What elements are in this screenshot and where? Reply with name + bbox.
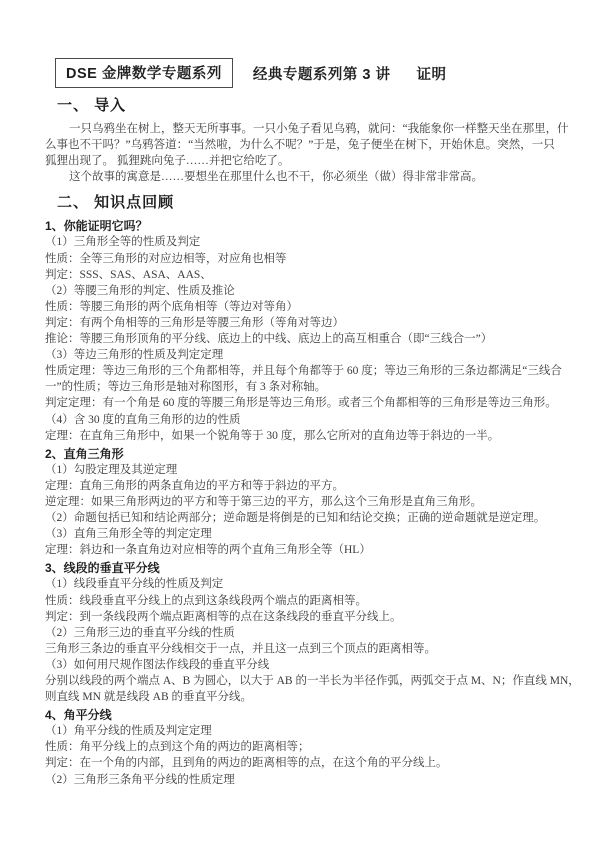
text-line: 定理：斜边和一条直角边对应相等的两个直角三角形全等（HL） (45, 542, 565, 558)
text-line: （2）三角形三条角平分线的性质定理 (45, 772, 565, 788)
text-line: （1）角平分线的性质及判定定理 (45, 723, 565, 739)
text-line: 一只乌鸦坐在树上，整天无所事事。一只小兔子看见乌鸦，就问：“我能象你一样整天坐在… (45, 121, 565, 137)
lecture-name: 经典专题系列第 3 讲 (253, 67, 391, 83)
series-title-box: DSE 金牌数学专题系列 (55, 58, 233, 88)
text-line: 定理：在直角三角形中，如果一个锐角等于 30 度，那么它所对的直角边等于斜边的一… (45, 428, 565, 444)
document-lines: 一、 导入一只乌鸦坐在树上，整天无所事事。一只小兔子看见乌鸦，就问：“我能象你一… (45, 96, 565, 788)
document-header: DSE 金牌数学专题系列 经典专题系列第 3 讲证明 (55, 58, 565, 88)
text-line: （1）勾股定理及其逆定理 (45, 462, 565, 478)
text-line: 判定：SSS、SAS、ASA、AAS、 (45, 267, 565, 283)
text-line: （4）含 30 度的直角三角形的边的性质 (45, 412, 565, 428)
lecture-topic: 证明 (416, 67, 446, 83)
subsection-heading: 3、线段的垂直平分线 (45, 560, 565, 576)
text-line: （3）如何用尺规作图法作线段的垂直平分线 (45, 657, 565, 673)
subsection-heading: 4、角平分线 (45, 707, 565, 723)
text-line: 分别以线段的两个端点 A、B 为圆心，以大于 AB 的一半长为半径作弧，两弧交于… (45, 673, 565, 689)
text-line: 判定：有两个角相等的三角形是等腰三角形（等角对等边） (45, 315, 565, 331)
text-line: （2）等腰三角形的判定、性质及推论 (45, 283, 565, 299)
text-line: 判定定理：有一个角是 60 度的等腰三角形是等边三角形。或者三个角都相等的三角形… (45, 395, 565, 411)
document-content: DSE 金牌数学专题系列 经典专题系列第 3 讲证明 一、 导入一只乌鸦坐在树上… (45, 58, 565, 788)
text-line: 则直线 MN 就是线段 AB 的垂直平分线。 (45, 689, 565, 705)
text-line: 判定：在一个角的内部，且到角的两边的距离相等的点，在这个角的平分线上。 (45, 755, 565, 771)
text-line: （2）三角形三边的垂直平分线的性质 (45, 625, 565, 641)
text-line: 性质：角平分线上的点到这个角的两边的距离相等； (45, 739, 565, 755)
text-line: 性质：等腰三角形的两个底角相等（等边对等角） (45, 299, 565, 315)
text-line: （1）线段垂直平分线的性质及判定 (45, 576, 565, 592)
text-line: 判定：到一条线段两个端点距离相等的点在这条线段的垂直平分线上。 (45, 609, 565, 625)
text-line: 定理：直角三角形的两条直角边的平方和等于斜边的平方。 (45, 478, 565, 494)
text-line: 逆定理：如果三角形两边的平方和等于第三边的平方，那么这个三角形是直角三角形。 (45, 494, 565, 510)
text-line: （1）三角形全等的性质及判定 (45, 234, 565, 250)
text-line: （3）等边三角形的性质及判定定理 (45, 347, 565, 363)
subsection-heading: 2、直角三角形 (45, 446, 565, 462)
text-line: 么事也不干吗？”乌鸦答道：“当然啦，为什么不呢？”于是，兔子便坐在树下，开始休息… (45, 137, 565, 153)
text-line: 性质：全等三角形的对应边相等，对应角也相等 (45, 251, 565, 267)
document-page: DSE 金牌数学专题系列 经典专题系列第 3 讲证明 一、 导入一只乌鸦坐在树上… (0, 0, 600, 850)
text-line: 这个故事的寓意是……要想坐在那里什么也不干，你必须坐（做）得非常非常高。 (45, 169, 565, 185)
text-line: （3）直角三角形全等的判定定理 (45, 526, 565, 542)
text-line: （2）命题包括已知和结论两部分；逆命题是将倒是的已知和结论交换；正确的逆命题就是… (45, 510, 565, 526)
text-line: 推论：等腰三角形顶角的平分线、底边上的中线、底边上的高互相重合（即“三线合一”） (45, 331, 565, 347)
text-line: 一”的性质；等边三角形是轴对称图形，有 3 条对称轴。 (45, 379, 565, 395)
text-line: 狐狸出现了。 狐狸跳向兔子……并把它给吃了。 (45, 153, 565, 169)
subsection-heading: 1、你能证明它吗？ (45, 218, 565, 234)
section-heading: 二、 知识点回顾 (57, 193, 565, 212)
lecture-title: 经典专题系列第 3 讲证明 (253, 63, 447, 84)
text-line: 性质定理：等边三角形的三个角都相等，并且每个角都等于 60 度；等边三角形的三条… (45, 363, 565, 379)
section-heading: 一、 导入 (57, 96, 565, 115)
text-line: 三角形三条边的垂直平分线相交于一点，并且这一点到三个顶点的距离相等。 (45, 641, 565, 657)
series-title: DSE 金牌数学专题系列 (66, 66, 222, 82)
text-line: 性质：线段垂直平分线上的点到这条线段两个端点的距离相等。 (45, 593, 565, 609)
